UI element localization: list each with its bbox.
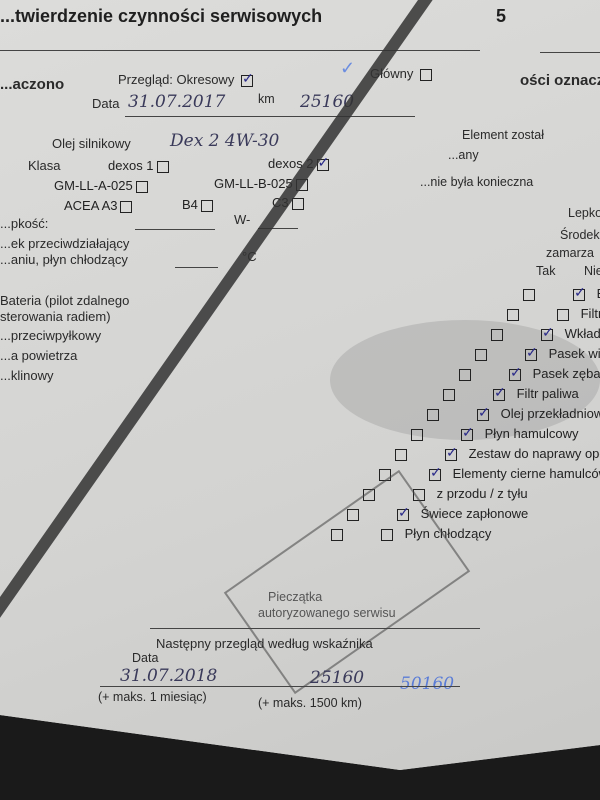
checklist-box-done[interactable] <box>541 329 553 341</box>
coolant-line <box>175 267 218 268</box>
checklist-box-yes[interactable] <box>491 329 503 341</box>
w-label: W- <box>234 212 250 227</box>
legend-checked: ...any <box>448 148 479 162</box>
checklist-box-yes[interactable] <box>475 349 487 361</box>
no-label: Nie <box>584 264 600 278</box>
checklist-label: Wkład filtra <box>561 326 600 341</box>
checklist-item: Wkład filtra <box>488 326 600 341</box>
legend-replaced: Element został <box>462 128 544 142</box>
month-note: (+ maks. 1 miesiąc) <box>98 690 207 704</box>
checklist-label: Filtr paliwa <box>513 386 579 401</box>
dexos1-checkbox[interactable] <box>157 161 169 173</box>
header-divider <box>0 50 480 51</box>
checklist-label: Płyn hamulcowy <box>481 426 579 441</box>
checklist-box-yes[interactable] <box>507 309 519 321</box>
oil-label: Olej silnikowy <box>52 136 131 151</box>
viscosity-line <box>135 229 215 230</box>
km-label: km <box>258 92 275 106</box>
checklist-item: Olej przekładniowy <box>424 406 600 421</box>
stamp-label-2: autoryzowanego serwisu <box>258 606 396 620</box>
periodic-checkbox[interactable] <box>241 75 253 87</box>
checklist-item: Zestaw do naprawy opon <box>392 446 600 461</box>
checklist-label: Filtr przeciwpyłkowy <box>577 306 600 321</box>
coolant-line1: ...ek przeciwdziałający <box>0 236 129 251</box>
checklist-item: Filtr przeciwpyłkowy <box>504 306 600 321</box>
viscosity-label: ...pkość: <box>0 216 48 231</box>
coolant-line2: ...aniu, płyn chłodzący <box>0 252 128 267</box>
checklist-item: Filtr paliwa <box>440 386 579 401</box>
class-label: Klasa <box>28 158 61 173</box>
checklist-box-done[interactable] <box>509 369 521 381</box>
checklist-box-yes[interactable] <box>523 289 535 301</box>
booklet-page: ...twierdzenie czynności serwisowych 5 .… <box>0 0 600 770</box>
c3-checkbox[interactable] <box>292 198 304 210</box>
right-agent-fragment: Środek <box>560 228 600 242</box>
checklist-label: z przodu / z tyłu <box>433 486 528 501</box>
yes-label: Tak <box>536 264 555 278</box>
right-section-fragment: ości oznaczono <box>520 72 600 89</box>
checklist-label: Elementy cierne hamulców: <box>449 466 600 481</box>
b4-checkbox[interactable] <box>201 200 213 212</box>
next-km-blue-value: 50160 <box>400 674 454 694</box>
option-dexos1: dexos 1 <box>108 158 169 173</box>
left-item-belt: ...klinowy <box>0 368 53 383</box>
main-checkbox[interactable] <box>420 69 432 81</box>
header-divider-right <box>540 52 600 53</box>
checklist-item: Pasek wielorowkowy <box>472 346 600 361</box>
option-b4: B4 <box>182 197 213 212</box>
checklist-label: Pasek wielorowkowy <box>545 346 600 361</box>
next-underline <box>100 686 460 687</box>
left-item-cabin-filter: ...przeciwpyłkowy <box>0 328 101 343</box>
checklist-box-yes[interactable] <box>443 389 455 401</box>
checklist-box-done[interactable] <box>525 349 537 361</box>
next-inspection-label: Następny przegląd według wskaźnika <box>156 636 373 651</box>
right-viscosity-fragment: Lepkość <box>568 206 600 220</box>
date-label: Data <box>92 96 119 111</box>
next-date-value: 31.07.2018 <box>120 666 217 686</box>
km-note: (+ maks. 1500 km) <box>258 696 362 710</box>
right-freeze-fragment: zamarza <box>546 246 594 260</box>
checklist-label: Bateria <box>593 286 600 301</box>
next-inspection-divider <box>150 628 480 629</box>
checklist-box-done[interactable] <box>573 289 585 301</box>
checklist-box-done[interactable] <box>493 389 505 401</box>
stamp-label-1: Pieczątka <box>268 590 322 604</box>
checklist-box-yes[interactable] <box>411 429 423 441</box>
checklist-item: Płyn hamulcowy <box>408 426 579 441</box>
blue-check-icon: ✓ <box>340 58 355 79</box>
checklist-label: Olej przekładniowy <box>497 406 600 421</box>
checklist-item: Elementy cierne hamulców: <box>376 466 600 481</box>
left-item-battery: Bateria (pilot zdalnego sterowania radie… <box>0 293 150 325</box>
option-acea: ACEA A3 <box>64 198 132 213</box>
date-km-underline <box>125 116 415 117</box>
legend-not-required: ...nie była konieczna <box>420 175 533 189</box>
date-value: 31.07.2017 <box>128 92 225 112</box>
acea-checkbox[interactable] <box>120 201 132 213</box>
checklist-label: Zestaw do naprawy opon <box>465 446 600 461</box>
next-km-value: 25160 <box>310 668 364 688</box>
checklist-box-done[interactable] <box>445 449 457 461</box>
left-section-fragment: ...aczono <box>0 76 64 93</box>
checklist-item: Bateria <box>520 286 600 301</box>
page-number: 5 <box>496 6 506 27</box>
checklist-box-done[interactable] <box>477 409 489 421</box>
page-title: ...twierdzenie czynności serwisowych <box>0 6 322 27</box>
checklist-item: Pasek zębaty <box>456 366 600 381</box>
checklist-box-yes[interactable] <box>459 369 471 381</box>
periodic-inspection: Przegląd: Okresowy <box>118 72 253 87</box>
checklist-box-yes[interactable] <box>395 449 407 461</box>
checklist-box-done[interactable] <box>557 309 569 321</box>
gm-ll-a-checkbox[interactable] <box>136 181 148 193</box>
oil-handwritten: Dex 2 4W-30 <box>170 131 279 151</box>
periodic-label: Przegląd: Okresowy <box>118 72 234 87</box>
next-date-label: Data <box>132 651 158 665</box>
checklist-box-done[interactable] <box>429 469 441 481</box>
option-gm-ll-a: GM-LL-A-025 <box>54 178 148 193</box>
checklist-box-yes[interactable] <box>427 409 439 421</box>
checklist-box-done[interactable] <box>461 429 473 441</box>
checklist-label: Pasek zębaty <box>529 366 600 381</box>
left-item-air-filter: ...a powietrza <box>0 348 77 363</box>
